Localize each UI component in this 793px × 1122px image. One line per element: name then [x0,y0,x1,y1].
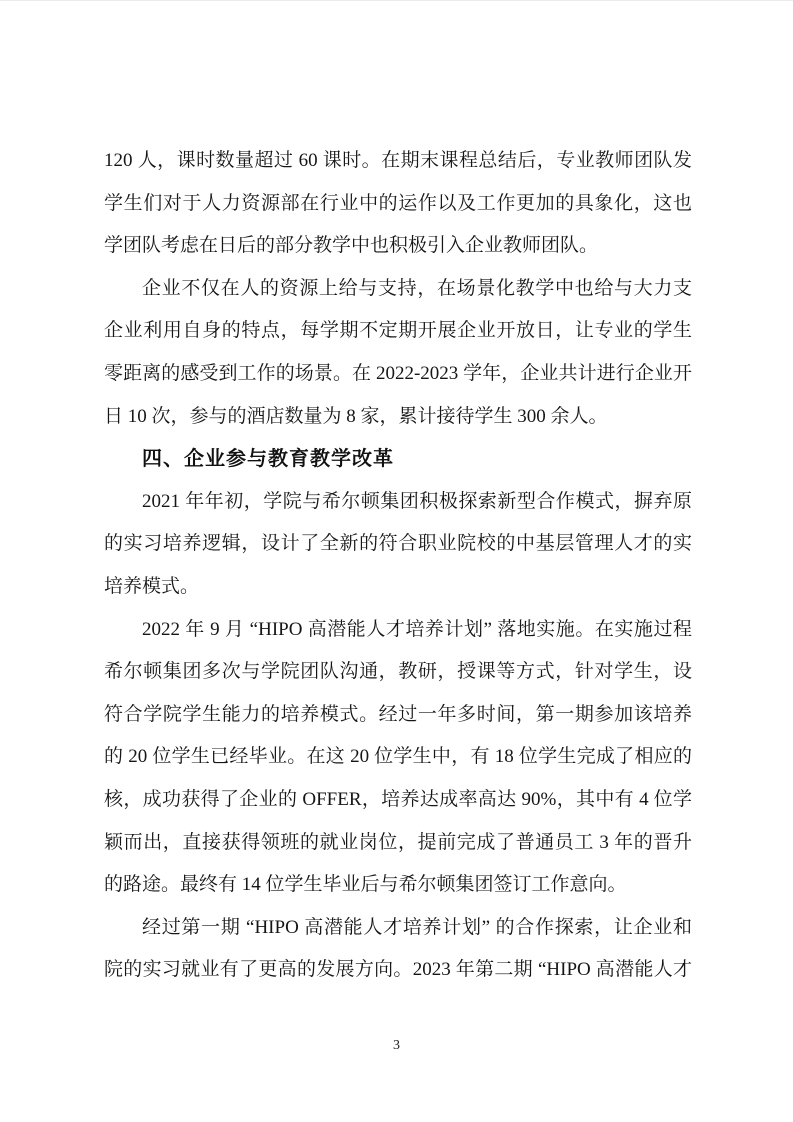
text-line: 培养模式。 [104,566,692,609]
text-line: 120 人，课时数量超过 60 课时。在期末课程总结后，专业教师团队发现， [104,140,692,183]
document-body: 120 人，课时数量超过 60 课时。在期末课程总结后，专业教师团队发现， 学生… [104,140,692,992]
page-footer: 3 [0,1037,793,1055]
text-line: 零距离的感受到工作的场景。在 2022-2023 学年，企业共计进行企业开放 [104,353,692,396]
text-line: 2021 年年初，学院与希尔顿集团积极探索新型合作模式，摒弃原有 [104,481,692,524]
text-line: 企业不仅在人的资源上给与支持，在场景化教学中也给与大力支持。 [104,268,692,311]
text-line: 院的实习就业有了更高的发展方向。2023 年第二期 “HIPO 高潜能人才培 [104,949,692,992]
paragraph: 120 人，课时数量超过 60 课时。在期末课程总结后，专业教师团队发现， 学生… [104,140,692,268]
text-line: 核，成功获得了企业的 OFFER，培养达成率高达 90%，其中有 4 位学生脱 [104,779,692,822]
text-line: 经过第一期 “HIPO 高潜能人才培养计划” 的合作探索，让企业和学 [104,907,692,950]
paragraph: 企业不仅在人的资源上给与支持，在场景化教学中也给与大力支持。 企业利用自身的特点… [104,268,692,438]
text-line: 的路途。最终有 14 位学生毕业后与希尔顿集团签订工作意向。 [104,864,692,907]
text-line: 2022 年 9 月 “HIPO 高潜能人才培养计划” 落地实施。在实施过程中， [104,609,692,652]
text-line: 符合学院学生能力的培养模式。经过一年多时间，第一期参加该培养计划 [104,694,692,737]
document-page: 120 人，课时数量超过 60 课时。在期末课程总结后，专业教师团队发现， 学生… [0,0,793,1122]
text-line: 学生们对于人力资源部在行业中的运作以及工作更加的具象化，这也让教 [104,183,692,226]
text-line: 学团队考虑在日后的部分教学中也积极引入企业教师团队。 [104,225,692,268]
page-number: 3 [393,1038,400,1053]
paragraph: 经过第一期 “HIPO 高潜能人才培养计划” 的合作探索，让企业和学 院的实习就… [104,907,692,992]
text-line: 的 20 位学生已经毕业。在这 20 位学生中，有 18 位学生完成了相应的考 [104,736,692,779]
section-heading: 四、企业参与教育教学改革 [104,438,692,481]
text-line: 希尔顿集团多次与学院团队沟通，教研，授课等方式，针对学生，设计出 [104,651,692,694]
text-line: 的实习培养逻辑，设计了全新的符合职业院校的中基层管理人才的实习生 [104,523,692,566]
text-line: 颖而出，直接获得领班的就业岗位，提前完成了普通员工 3 年的晋升发展 [104,822,692,865]
text-line: 企业利用自身的特点，每学期不定期开展企业开放日，让专业的学生可以 [104,310,692,353]
paragraph: 2022 年 9 月 “HIPO 高潜能人才培养计划” 落地实施。在实施过程中，… [104,609,692,907]
paragraph: 2021 年年初，学院与希尔顿集团积极探索新型合作模式，摒弃原有 的实习培养逻辑… [104,481,692,609]
text-line: 日 10 次，参与的酒店数量为 8 家，累计接待学生 300 余人。 [104,396,692,439]
